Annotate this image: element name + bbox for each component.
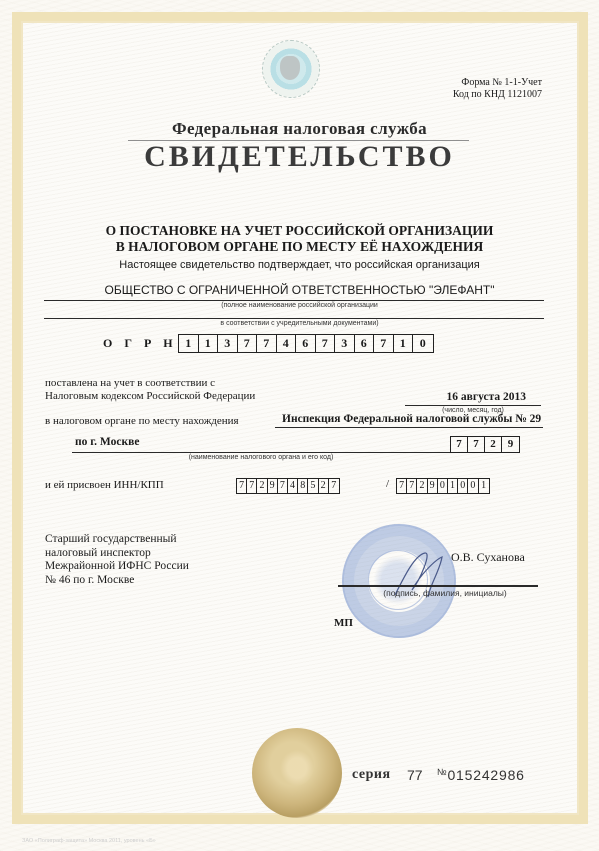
knd-code: Код по КНД 1121007 (420, 89, 542, 101)
subtitle-line-2: В НАЛОГОВОМ ОРГАНЕ ПО МЕСТУ ЕЁ НАХОЖДЕНИ… (0, 239, 599, 255)
authority-code-digit: 2 (485, 437, 502, 452)
kpp-digit: 7 (397, 479, 407, 493)
agency-name: Федеральная налоговая служба (0, 119, 599, 139)
ogrn-digits: 1137746736710 (178, 334, 434, 353)
subtitle-line-1: О ПОСТАНОВКЕ НА УЧЕТ РОССИЙСКОЙ ОРГАНИЗА… (0, 223, 599, 239)
authority-city: по г. Москве (75, 436, 139, 448)
ogrn-digit: 1 (179, 335, 199, 352)
serial-number: №015242986 (437, 767, 525, 783)
signatory-line-2: налоговый инспектор (45, 547, 189, 561)
printer-note: ЗАО «Полиграф-защита» Москва 2011, урове… (22, 838, 156, 844)
signatory-line-4: № 46 по г. Москве (45, 574, 189, 588)
ogrn-digit: 7 (257, 335, 277, 352)
inn-digit: 9 (268, 479, 278, 493)
series-code: 77 (407, 767, 423, 783)
ogrn-digit: 1 (199, 335, 219, 352)
org-name-caption: (полное наименование российской организа… (0, 302, 599, 309)
inn-digit: 4 (288, 479, 298, 493)
authority-label: в налоговом органе по месту нахождения (45, 415, 239, 428)
inn-digit: 8 (298, 479, 308, 493)
authority-city-rule (72, 452, 450, 453)
ogrn-digit: 7 (316, 335, 336, 352)
certificate-page: Форма № 1-1-Учет Код по КНД 1121007 Феде… (0, 0, 599, 851)
signatory-name: О.В. Суханова (451, 551, 525, 564)
ogrn-digit: 6 (355, 335, 375, 352)
signature-rule (338, 585, 538, 587)
serial-digits: 015242986 (447, 767, 524, 783)
signatory-line-1: Старший государственный (45, 533, 189, 547)
stamp-place: МП (334, 617, 353, 629)
kpp-digit: 1 (448, 479, 458, 493)
inn-digit: 7 (278, 479, 288, 493)
kpp-digit: 1 (479, 479, 489, 493)
ogrn-digit: 4 (277, 335, 297, 352)
inn-digit: 7 (247, 479, 257, 493)
ogrn-digit: 3 (335, 335, 355, 352)
authority-name: Инспекция Федеральной налоговой службы №… (282, 413, 541, 425)
eagle-icon (280, 56, 300, 80)
kpp-digit: 0 (468, 479, 478, 493)
registration-basis: поставлена на учет в соответствии с Нало… (45, 377, 255, 403)
organization-name: ОБЩЕСТВО С ОГРАНИЧЕННОЙ ОТВЕТСТВЕННОСТЬЮ… (0, 283, 599, 297)
inn-digit: 2 (257, 479, 267, 493)
kpp-digit: 0 (458, 479, 468, 493)
ogrn-label: ОГРН (103, 336, 185, 351)
ogrn-digit: 7 (238, 335, 258, 352)
org-name-rule-2 (44, 318, 544, 319)
signatory-title: Старший государственный налоговый инспек… (45, 533, 189, 587)
document-title: СВИДЕТЕЛЬСТВО (0, 140, 599, 174)
signatory-line-3: Межрайонной ИФНС России (45, 560, 189, 574)
number-sign: № (437, 767, 447, 777)
confirmation-text: Настоящее свидетельство подтверждает, чт… (0, 259, 599, 271)
inn-kpp-separator: / (386, 478, 389, 490)
inn-digit: 7 (329, 479, 339, 493)
kpp-digit: 2 (417, 479, 427, 493)
ogrn-digit: 7 (374, 335, 394, 352)
inn-digit: 7 (237, 479, 247, 493)
authority-code-digit: 7 (468, 437, 485, 452)
ogrn-digit: 6 (296, 335, 316, 352)
seal-eagle-icon (280, 750, 314, 786)
kpp-digits: 772901001 (396, 478, 490, 494)
form-number: Форма № 1-1-Учет (420, 77, 542, 89)
kpp-digit: 9 (428, 479, 438, 493)
registration-line-1: поставлена на учет в соответствии с (45, 377, 255, 390)
inn-kpp-label: и ей присвоен ИНН/КПП (45, 479, 164, 492)
inn-digits: 7729748527 (236, 478, 340, 494)
ogrn-digit: 3 (218, 335, 238, 352)
form-code: Форма № 1-1-Учет Код по КНД 1121007 (420, 77, 542, 101)
inn-digit: 2 (319, 479, 329, 493)
authority-code-digit: 9 (502, 437, 519, 452)
org-name-rule (44, 300, 544, 301)
document-subtitle: О ПОСТАНОВКЕ НА УЧЕТ РОССИЙСКОЙ ОРГАНИЗА… (0, 223, 599, 255)
authority-code-digit: 7 (451, 437, 468, 452)
series-label: серия (352, 767, 391, 783)
kpp-digit: 7 (407, 479, 417, 493)
ogrn-digit: 1 (394, 335, 414, 352)
authority-caption: (наименование налогового органа и его ко… (72, 454, 450, 461)
authority-code: 7729 (450, 436, 520, 453)
kpp-digit: 0 (438, 479, 448, 493)
authority-rule (275, 427, 543, 428)
date-rule (405, 405, 541, 406)
org-docs-caption: в соответствии с учредительными документ… (0, 320, 599, 327)
signature-caption: (подпись, фамилия, инициалы) (370, 588, 520, 598)
registration-line-2: Налоговым кодексом Российской Федерации (45, 390, 255, 403)
inn-digit: 5 (308, 479, 318, 493)
ogrn-digit: 0 (413, 335, 433, 352)
registration-date: 16 августа 2013 (400, 391, 526, 403)
